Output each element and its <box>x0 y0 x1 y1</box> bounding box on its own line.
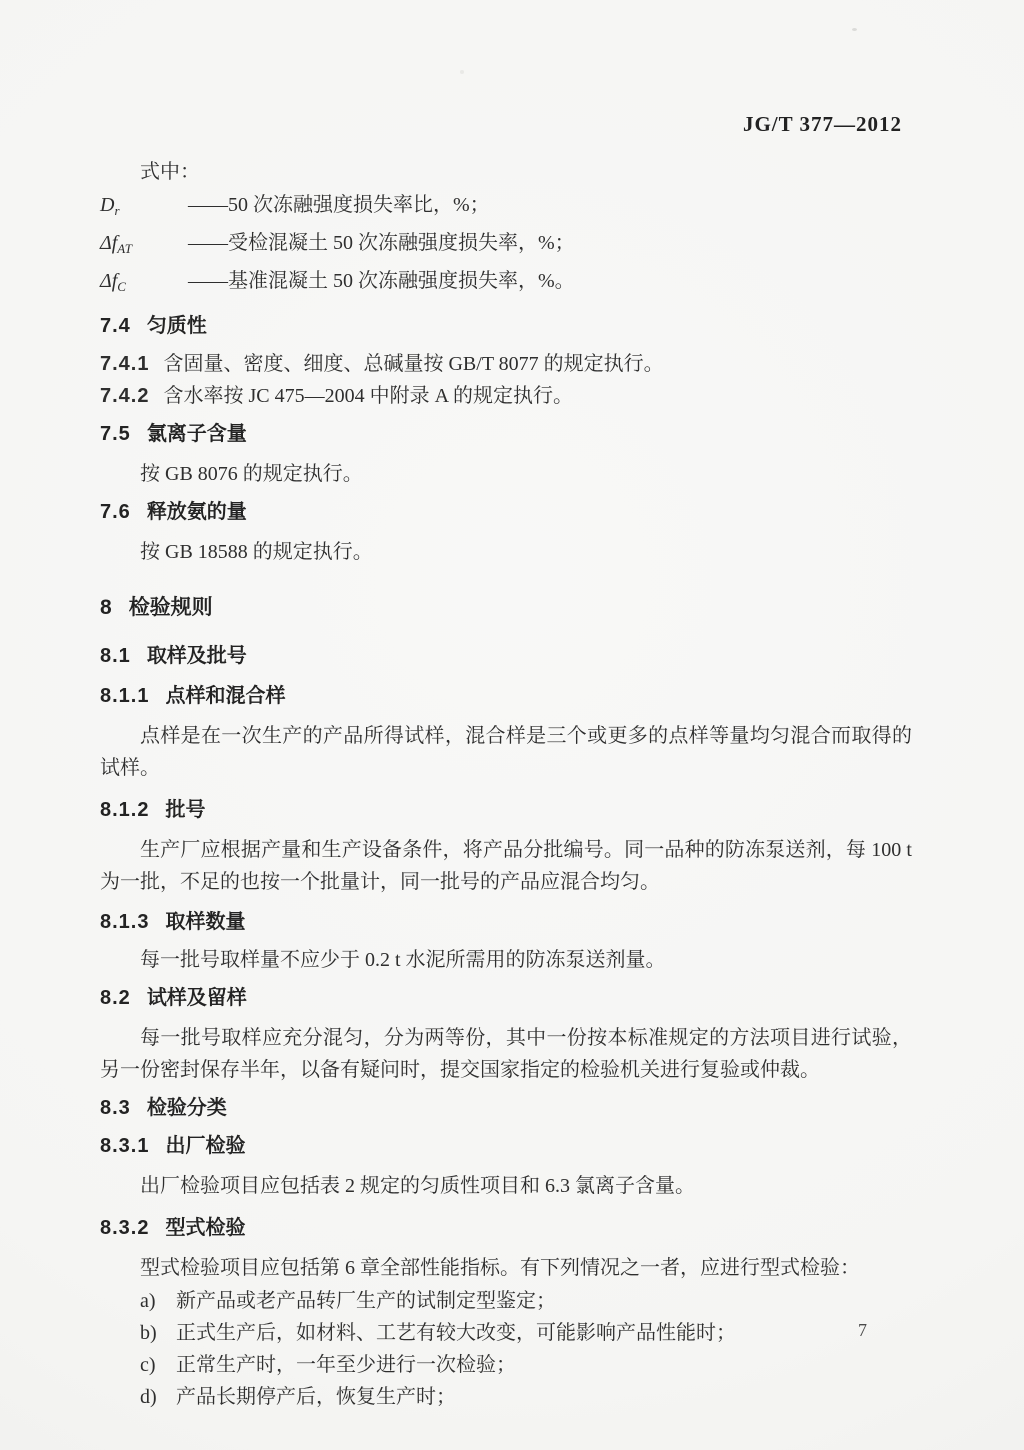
paragraph-8-1-1: 点样是在一次生产的产品所得试样，混合样是三个或更多的点样等量均匀混合而取得的试样… <box>100 720 912 784</box>
section-heading-8-3-2: 8.3.2型式检验 <box>100 1212 912 1244</box>
formula-definition-row: ΔfC ——基准混凝土 50 次冻融强度损失率，%。 <box>100 266 912 302</box>
section-heading-8-1-2: 8.1.2批号 <box>100 794 912 826</box>
formula-definition-text: ——基准混凝土 50 次冻融强度损失率，%。 <box>188 266 912 302</box>
clause-7-4-1: 7.4.1含固量、密度、细度、总碱量按 GB/T 8077 的规定执行。 <box>100 348 912 380</box>
formula-definition-row: Dr ——50 次冻融强度损失率比，%； <box>100 190 912 226</box>
clause-7-4-2: 7.4.2含水率按 JC 475—2004 中附录 A 的规定执行。 <box>100 380 912 412</box>
formula-definition-text: ——50 次冻融强度损失率比，%； <box>188 190 912 226</box>
section-heading-8-3: 8.3检验分类 <box>100 1092 912 1124</box>
paragraph-7-6: 按 GB 18588 的规定执行。 <box>100 536 912 568</box>
chapter-heading-8: 8检验规则 <box>100 592 912 624</box>
section-heading-8-1-3: 8.1.3取样数量 <box>100 906 912 938</box>
scan-artifact <box>460 70 464 74</box>
list-item-d: d) 产品长期停产后，恢复生产时； <box>100 1382 912 1412</box>
paragraph-8-1-3: 每一批号取样量不应少于 0.2 t 水泥所需用的防冻泵送剂量。 <box>100 944 912 976</box>
section-heading-8-1: 8.1取样及批号 <box>100 640 912 672</box>
paragraph-8-1-2: 生产厂应根据产量和生产设备条件，将产品分批编号。同一品种的防冻泵送剂，每 100… <box>100 834 912 898</box>
section-heading-7-4: 7.4匀质性 <box>100 310 912 342</box>
section-heading-8-3-1: 8.3.1出厂检验 <box>100 1130 912 1162</box>
formula-symbol: ΔfC <box>100 266 188 302</box>
paragraph-8-3-1: 出厂检验项目应包括表 2 规定的匀质性项目和 6.3 氯离子含量。 <box>100 1170 912 1202</box>
page-number: 7 <box>858 1320 867 1341</box>
document-content: 式中： Dr ——50 次冻融强度损失率比，%； ΔfAT ——受检混凝土 50… <box>100 156 912 1412</box>
formula-symbol: Dr <box>100 190 188 226</box>
paragraph-8-2: 每一批号取样应充分混匀，分为两等份，其中一份按本标准规定的方法项目进行试验，另一… <box>100 1022 912 1086</box>
section-heading-8-2: 8.2试样及留样 <box>100 982 912 1014</box>
standard-number-header: JG/T 377—2012 <box>743 112 902 137</box>
formula-definition-row: ΔfAT ——受检混凝土 50 次冻融强度损失率，%； <box>100 228 912 264</box>
formula-definition-text: ——受检混凝土 50 次冻融强度损失率，%； <box>188 228 912 264</box>
scan-artifact <box>852 28 857 31</box>
section-heading-7-5: 7.5氯离子含量 <box>100 418 912 450</box>
section-heading-8-1-1: 8.1.1点样和混合样 <box>100 680 912 712</box>
list-item-a: a) 新产品或老产品转厂生产的试制定型鉴定； <box>100 1286 912 1316</box>
formula-where-intro: 式中： <box>140 156 912 188</box>
list-item-c: c) 正常生产时，一年至少进行一次检验； <box>100 1350 912 1380</box>
paragraph-8-3-2: 型式检验项目应包括第 6 章全部性能指标。有下列情况之一者，应进行型式检验： <box>100 1252 912 1284</box>
formula-symbol: ΔfAT <box>100 228 188 264</box>
document-page: JG/T 377—2012 式中： Dr ——50 次冻融强度损失率比，%； Δ… <box>0 0 1024 1450</box>
paragraph-7-5: 按 GB 8076 的规定执行。 <box>100 458 912 490</box>
list-item-b: b) 正式生产后，如材料、工艺有较大改变，可能影响产品性能时； <box>100 1318 912 1348</box>
section-heading-7-6: 7.6释放氨的量 <box>100 496 912 528</box>
